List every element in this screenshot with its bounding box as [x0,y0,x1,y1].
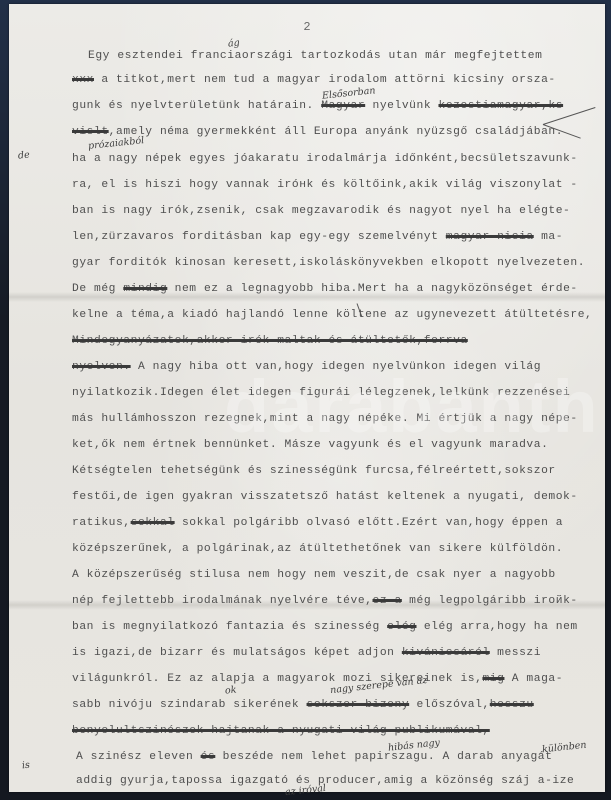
typed-text: messzi [490,647,541,659]
text-line: kelne a téma,a kiadó hajlandó lenne költ… [72,309,592,321]
text-line: nyilatkozik.Idegen élet idegen figurái l… [72,387,570,399]
struck-text: hosszu [490,699,534,711]
text-line: len,zürzavaros forditásban kap egy-egy s… [72,231,563,243]
typed-text: len,zürzavaros forditásban kap egy-egy s… [72,231,446,243]
typed-text: ma- [534,231,563,243]
typed-text: más hullámhosszon rezegnek,mint a nagy n… [72,413,578,425]
text-line: Mindegyanyázatok,akkor irók maltak és át… [72,335,468,347]
typed-text: középszerűnek, a polgárinak,az átültethe… [72,543,563,555]
text-line: ra, el is hiszi hogy vannak iróнk és köl… [72,179,578,191]
struck-text: nyelven. [72,361,131,373]
text-line: sabb nivóju szindarab sikerének sokszor … [72,699,534,711]
text-line: gyar forditók kinosan keresett,iskoláskö… [72,257,585,269]
typed-text: A szinész eleven [76,751,201,763]
typed-text: sokkal polgáribb olvasó előtt.Ezért van,… [175,517,563,529]
typed-text: gyar forditók kinosan keresett,iskoláskö… [72,257,585,269]
typed-text: ratikus, [72,517,131,529]
typed-text: nem ez a legnagyobb hiba.Mert ha a nagyk… [167,283,577,295]
manuscript-page: 2 Egy esztendei franciaországi tartozkod… [9,4,605,792]
text-line: középszerűnek, a polgárinak,az átültethe… [72,543,563,555]
text-line: ha a nagy népek egyes jóakaratu irodalmá… [72,153,578,165]
typed-text: De még [72,283,123,295]
typed-text: A nagy hiba ott van,hogy idegen nyelvünk… [131,361,541,373]
typed-text: festői,de igen gyakran visszatetsző hatá… [72,491,578,503]
struck-text: sokszor bizony [307,699,410,711]
struck-text: elég [387,621,416,633]
page-number: 2 [9,20,605,34]
handwritten-note: különben [542,740,587,756]
typed-text: Egy esztendei franciaországi tartozkodás… [88,50,542,62]
handwritten-note: ok [224,684,237,696]
typed-text: ban is megnyilatkozó fantazia és sziness… [72,621,387,633]
text-line: bonyolultszinészek hajtanak a nyugati vi… [72,725,490,737]
typed-text: ra, el is hiszi hogy vannak iróнk és köl… [72,179,578,191]
text-line: xxx a titkot,mert nem tud a magyar iroda… [72,74,556,86]
text-line: világunkról. Ez az alapja a magyarok moz… [72,673,563,685]
typed-text: ban is nagy irók,zsenik, csak megzavarod… [72,205,570,217]
handwritten-note: is [21,760,30,772]
text-line: nyelven. A nagy hiba ott van,hogy idegen… [72,361,541,373]
struck-text: bonyolultszinészek hajtanak a nyugati vi… [72,725,490,737]
text-line: Kétségtelen tehetségünk és szinességünk … [72,465,556,477]
struck-text: Magyar [321,100,365,112]
typed-text: gunk és nyelvterületünk határain. [72,100,321,112]
typed-text: beszéde nem lehet papirszagu. A darab an… [215,751,552,763]
typed-text: sabb nivóju szindarab sikerének [72,699,307,711]
struck-text: kivánicsáról [402,647,490,659]
struck-text: Mindegyanyázatok,akkor irók maltak és át… [72,335,468,347]
text-line: ket,ők nem értnek bennünket. Másze vagyu… [72,439,548,451]
typed-text: ,amely néma gyermekként áll Europa anyán… [109,126,563,138]
text-line: De még mindig nem ez a legnagyobb hiba.M… [72,283,578,295]
typed-text: is igazi,de bizarr és mulatságos képet a… [72,647,402,659]
typed-text: elég arra,hogy ha nem [417,621,578,633]
typed-text: ha a nagy népek egyes jóakaratu irodalmá… [72,153,578,165]
typed-text: kelne a téma,a kiadó hajlandó lenne költ… [72,309,592,321]
struck-text: mig [482,673,504,685]
typed-text: előszóval, [409,699,490,711]
text-line: festői,de igen gyakran visszatetsző hatá… [72,491,578,503]
text-line: gunk és nyelvterületünk határain. Magyar… [72,100,563,112]
text-line: A középszerűség stilusa nem hogy nem ves… [72,569,556,581]
text-line: Egy esztendei franciaországi tartozkodás… [88,50,542,62]
text-line: A szinész eleven és beszéde nem lehet pa… [76,751,552,763]
struck-text: mindig [123,283,167,295]
struck-text: és [201,751,216,763]
typed-text: nép fejlettebb irodalmának nyelvére téve… [72,595,373,607]
struck-text: magyar nicia [446,231,534,243]
text-line: vislt,amely néma gyermekként áll Europa … [72,126,563,138]
struck-text: xxx [72,74,94,86]
typed-text: nyilatkozik.Idegen élet idegen figurái l… [72,387,570,399]
struck-text: vislt [72,126,109,138]
handwritten-note: de [17,149,30,161]
struck-text: kezestiamagyar,ks [438,100,563,112]
text-line: ban is megnyilatkozó fantazia és sziness… [72,621,578,633]
handwritten-note: ág [227,37,240,49]
text-line: ban is nagy irók,zsenik, csak megzavarod… [72,205,570,217]
typed-text: nyelvünk [365,100,438,112]
text-line: nép fejlettebb irodalmának nyelvére téve… [72,595,578,607]
text-line: is igazi,de bizarr és mulatságos képet a… [72,647,541,659]
text-line: ratikus,sokkal sokkal polgáribb olvasó e… [72,517,563,529]
watermark: darabanth [224,364,600,449]
typed-text: A középszerűség stilusa nem hogy nem ves… [72,569,556,581]
struck-text: ez a [373,595,402,607]
typed-text: A maga- [504,673,563,685]
typed-text: Kétségtelen tehetségünk és szinességünk … [72,465,556,477]
typed-text: ket,ők nem értnek bennünket. Másze vagyu… [72,439,548,451]
typed-text: még legpolgáribb iroйk- [402,595,578,607]
text-line: más hullámhosszon rezegnek,mint a nagy n… [72,413,578,425]
struck-text: sokkal [131,517,175,529]
typed-text: a titkot,mert nem tud a magyar irodalom … [94,74,556,86]
